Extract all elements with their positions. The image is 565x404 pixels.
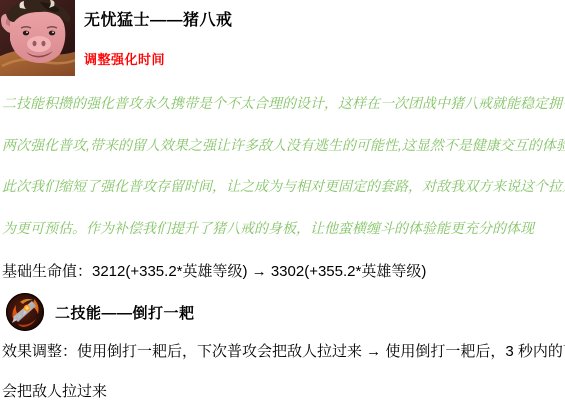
change-tag: 调整强化时间 xyxy=(84,49,165,68)
skill-title: 二技能——倒打一耙 xyxy=(55,302,195,323)
pig-hero-portrait-art xyxy=(0,0,75,76)
designer-note-line: 两次强化普攻,带来的留人效果之强让许多敌人没有逃生的可能性,这显然不是健康交互的… xyxy=(2,125,565,167)
designer-notes: 二技能积攒的强化普攻永久携带是个不太合理的设计，这样在一次团战中猪八戒就能稳定拥… xyxy=(2,83,565,249)
base-health-stat: 基础生命值：3212(+335.2*英雄等级) → 3302(+355.2*英雄… xyxy=(2,260,426,281)
effect-line: 效果调整：使用倒打一耙后，下次普攻会把敌人拉过来 → 使用倒打一耙后，3 秒内的… xyxy=(2,332,565,372)
effect-adjustment: 效果调整：使用倒打一耙后，下次普攻会把敌人拉过来 → 使用倒打一耙后，3 秒内的… xyxy=(2,332,565,404)
designer-note-line: 二技能积攒的强化普攻永久携带是个不太合理的设计，这样在一次团战中猪八戒就能稳定拥… xyxy=(2,83,565,125)
designer-note-line: 为更可预估。作为补偿我们提升了猪八戒的身板，让他蛮横缠斗的体验能更充分的体现 xyxy=(2,208,565,250)
patch-note-panel: 无忧猛士——猪八戒 调整强化时间 二技能积攒的强化普攻永久携带是个不太合理的设计… xyxy=(0,0,565,404)
rake-skill-icon xyxy=(6,293,44,331)
effect-line: 会把敌人拉过来 xyxy=(2,372,565,404)
hero-portrait xyxy=(0,0,75,76)
skill-header-row: 二技能——倒打一耙 xyxy=(6,293,195,331)
hero-title: 无忧猛士——猪八戒 xyxy=(84,7,233,30)
designer-note-line: 此次我们缩短了强化普攻存留时间，让之成为与相对更固定的套路，对敌我双方来说这个拉… xyxy=(2,166,565,208)
